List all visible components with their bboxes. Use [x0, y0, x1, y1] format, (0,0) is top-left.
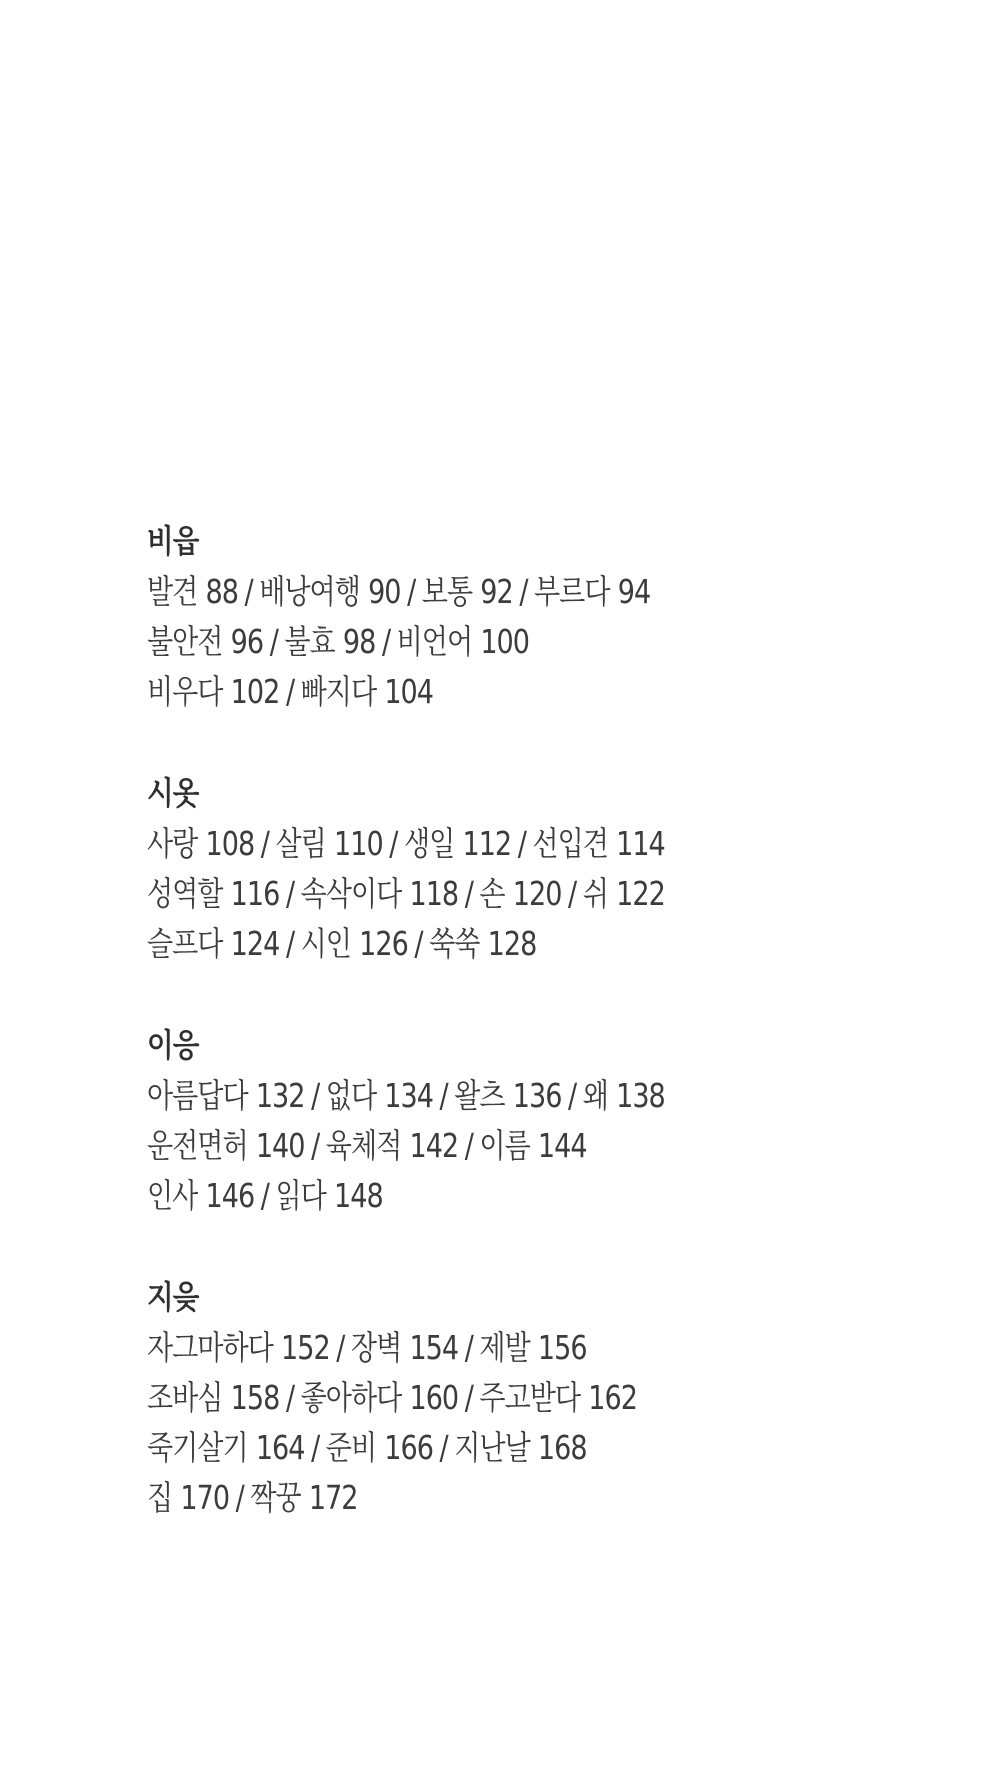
separator: / [511, 824, 532, 863]
separator: / [458, 1328, 479, 1367]
entry-word: 성역할 [147, 874, 222, 913]
separator: / [458, 1126, 479, 1165]
index-page: 비읍발견88/배낭여행90/보통92/부르다94불안전96/불효98/비언어10… [147, 516, 947, 1574]
entry-word: 지난날 [454, 1428, 529, 1467]
index-entry: 살림110 [275, 824, 382, 863]
entry-word: 사랑 [147, 824, 197, 863]
separator: / [263, 622, 284, 661]
entry-word: 아름답다 [147, 1076, 248, 1115]
index-entry: 육체적142 [326, 1126, 458, 1165]
entry-page-number: 152 [281, 1328, 330, 1367]
entry-page-number: 98 [343, 622, 375, 661]
entry-page-number: 140 [256, 1126, 305, 1165]
entry-line: 집170/짝꿍172 [147, 1473, 803, 1523]
index-entry: 성역할116 [147, 874, 279, 913]
entry-word: 발견 [147, 572, 197, 611]
entry-line: 운전면허140/육체적142/이름144 [147, 1121, 803, 1171]
separator: / [279, 924, 300, 963]
entry-page-number: 158 [231, 1378, 280, 1417]
separator: / [279, 1378, 300, 1417]
entry-line: 인사146/읽다148 [147, 1171, 803, 1221]
separator: / [401, 572, 422, 611]
separator: / [279, 672, 300, 711]
entry-line: 비우다102/빠지다104 [147, 667, 803, 717]
entry-page-number: 128 [488, 924, 537, 963]
index-entry: 비언어100 [397, 622, 529, 661]
entry-page-number: 102 [231, 672, 280, 711]
separator: / [433, 1428, 454, 1467]
entry-page-number: 154 [409, 1328, 458, 1367]
entry-page-number: 148 [334, 1176, 383, 1215]
entry-word: 자그마하다 [147, 1328, 273, 1367]
entry-word: 집 [147, 1478, 172, 1517]
entry-word: 짝꿍 [250, 1478, 300, 1517]
entry-word: 속삭이다 [301, 874, 402, 913]
entry-page-number: 116 [231, 874, 280, 913]
index-entry: 좋아하다160 [301, 1378, 459, 1417]
index-entry: 쑥쑥128 [429, 924, 536, 963]
entry-page-number: 92 [480, 572, 512, 611]
entry-word: 부르다 [534, 572, 609, 611]
entry-word: 생일 [404, 824, 454, 863]
index-entry: 장벽154 [351, 1328, 458, 1367]
index-entry: 속삭이다118 [301, 874, 459, 913]
entry-page-number: 108 [206, 824, 255, 863]
entry-page-number: 164 [256, 1428, 305, 1467]
index-entry: 사랑108 [147, 824, 254, 863]
separator: / [305, 1126, 326, 1165]
entry-word: 쉬 [583, 874, 608, 913]
entry-line: 사랑108/살림110/생일112/선입견114 [147, 819, 803, 869]
entry-word: 조바심 [147, 1378, 222, 1417]
entry-word: 이름 [479, 1126, 529, 1165]
index-entry: 조바심158 [147, 1378, 279, 1417]
index-entry: 왈츠136 [454, 1076, 561, 1115]
index-entry: 부르다94 [534, 572, 650, 611]
index-entry: 비우다102 [147, 672, 279, 711]
entry-word: 선입견 [532, 824, 607, 863]
entry-page-number: 134 [384, 1076, 433, 1115]
index-section: 비읍발견88/배낭여행90/보통92/부르다94불안전96/불효98/비언어10… [147, 516, 947, 717]
separator: / [229, 1478, 250, 1517]
entry-word: 제발 [479, 1328, 529, 1367]
entry-page-number: 110 [334, 824, 383, 863]
entry-page-number: 96 [231, 622, 263, 661]
entry-page-number: 112 [462, 824, 511, 863]
index-entry: 자그마하다152 [147, 1328, 330, 1367]
entry-page-number: 138 [616, 1076, 665, 1115]
index-entry: 짝꿍172 [250, 1478, 357, 1517]
separator: / [254, 1176, 275, 1215]
entry-page-number: 120 [513, 874, 562, 913]
entry-line: 자그마하다152/장벽154/제발156 [147, 1323, 803, 1373]
index-entry: 빠지다104 [301, 672, 433, 711]
separator: / [375, 622, 396, 661]
separator: / [561, 874, 582, 913]
separator: / [305, 1428, 326, 1467]
separator: / [561, 1076, 582, 1115]
separator: / [279, 874, 300, 913]
section-title: 비읍 [147, 516, 835, 567]
index-entry: 읽다148 [275, 1176, 382, 1215]
entry-page-number: 124 [231, 924, 280, 963]
index-entry: 쉬122 [583, 874, 665, 913]
entry-page-number: 104 [384, 672, 433, 711]
index-entry: 불안전96 [147, 622, 263, 661]
entry-page-number: 122 [616, 874, 665, 913]
entry-word: 불효 [284, 622, 334, 661]
entry-page-number: 166 [384, 1428, 433, 1467]
index-entry: 아름답다132 [147, 1076, 305, 1115]
index-section: 시옷사랑108/살림110/생일112/선입견114성역할116/속삭이다118… [147, 768, 947, 969]
entry-word: 슬프다 [147, 924, 222, 963]
entry-word: 보통 [422, 572, 472, 611]
entry-line: 성역할116/속삭이다118/손120/쉬122 [147, 869, 803, 919]
section-title: 시옷 [147, 768, 835, 819]
entry-page-number: 136 [513, 1076, 562, 1115]
section-title: 이응 [147, 1020, 835, 1071]
index-entry: 지난날168 [454, 1428, 586, 1467]
index-entry: 발견88 [147, 572, 238, 611]
separator: / [305, 1076, 326, 1115]
index-entry: 손120 [479, 874, 561, 913]
index-entry: 생일112 [404, 824, 511, 863]
entry-page-number: 170 [180, 1478, 229, 1517]
entry-word: 준비 [326, 1428, 376, 1467]
index-entry: 죽기살기164 [147, 1428, 305, 1467]
entry-word: 없다 [326, 1076, 376, 1115]
entry-word: 배낭여행 [259, 572, 360, 611]
entry-page-number: 156 [538, 1328, 587, 1367]
entry-line: 아름답다132/없다134/왈츠136/왜138 [147, 1071, 803, 1121]
index-entry: 집170 [147, 1478, 229, 1517]
index-entry: 운전면허140 [147, 1126, 305, 1165]
separator: / [254, 824, 275, 863]
entry-word: 쑥쑥 [429, 924, 479, 963]
entry-page-number: 160 [409, 1378, 458, 1417]
entry-word: 장벽 [351, 1328, 401, 1367]
entry-page-number: 168 [538, 1428, 587, 1467]
entry-line: 슬프다124/시인126/쑥쑥128 [147, 919, 803, 969]
entry-page-number: 90 [368, 572, 400, 611]
entry-page-number: 162 [588, 1378, 637, 1417]
entry-page-number: 142 [409, 1126, 458, 1165]
entry-word: 인사 [147, 1176, 197, 1215]
separator: / [238, 572, 259, 611]
entry-word: 손 [479, 874, 504, 913]
entry-word: 죽기살기 [147, 1428, 248, 1467]
index-section: 이응아름답다132/없다134/왈츠136/왜138운전면허140/육체적142… [147, 1020, 947, 1221]
separator: / [408, 924, 429, 963]
entry-page-number: 172 [309, 1478, 358, 1517]
entry-word: 운전면허 [147, 1126, 248, 1165]
entry-word: 읽다 [275, 1176, 325, 1215]
entry-page-number: 144 [538, 1126, 587, 1165]
entry-page-number: 94 [618, 572, 650, 611]
index-section: 지읒자그마하다152/장벽154/제발156조바심158/좋아하다160/주고받… [147, 1272, 947, 1523]
entry-word: 왜 [583, 1076, 608, 1115]
index-entry: 없다134 [326, 1076, 433, 1115]
index-entry: 준비166 [326, 1428, 433, 1467]
index-entry: 배낭여행90 [259, 572, 400, 611]
entry-word: 빠지다 [301, 672, 376, 711]
entry-word: 시인 [301, 924, 351, 963]
entry-page-number: 88 [206, 572, 238, 611]
separator: / [458, 1378, 479, 1417]
entry-line: 발견88/배낭여행90/보통92/부르다94 [147, 567, 803, 617]
index-entry: 주고받다162 [479, 1378, 637, 1417]
index-entry: 이름144 [479, 1126, 586, 1165]
index-entry: 선입견114 [532, 824, 664, 863]
index-entry: 보통92 [422, 572, 513, 611]
entry-line: 조바심158/좋아하다160/주고받다162 [147, 1373, 803, 1423]
section-title: 지읒 [147, 1272, 835, 1323]
separator: / [383, 824, 404, 863]
entry-word: 비언어 [397, 622, 472, 661]
entry-page-number: 126 [359, 924, 408, 963]
entry-word: 좋아하다 [301, 1378, 402, 1417]
entry-page-number: 118 [409, 874, 458, 913]
separator: / [513, 572, 534, 611]
entry-line: 죽기살기164/준비166/지난날168 [147, 1423, 803, 1473]
entry-word: 왈츠 [454, 1076, 504, 1115]
index-entry: 인사146 [147, 1176, 254, 1215]
index-entry: 불효98 [284, 622, 375, 661]
entry-word: 육체적 [326, 1126, 401, 1165]
entry-page-number: 114 [616, 824, 665, 863]
index-entry: 시인126 [301, 924, 408, 963]
entry-page-number: 146 [206, 1176, 255, 1215]
separator: / [433, 1076, 454, 1115]
separator: / [330, 1328, 351, 1367]
entry-word: 주고받다 [479, 1378, 580, 1417]
index-entry: 제발156 [479, 1328, 586, 1367]
entry-word: 살림 [275, 824, 325, 863]
separator: / [458, 874, 479, 913]
index-entry: 슬프다124 [147, 924, 279, 963]
entry-word: 불안전 [147, 622, 222, 661]
entry-word: 비우다 [147, 672, 222, 711]
index-entry: 왜138 [583, 1076, 665, 1115]
entry-page-number: 100 [480, 622, 529, 661]
entry-line: 불안전96/불효98/비언어100 [147, 617, 803, 667]
entry-page-number: 132 [256, 1076, 305, 1115]
